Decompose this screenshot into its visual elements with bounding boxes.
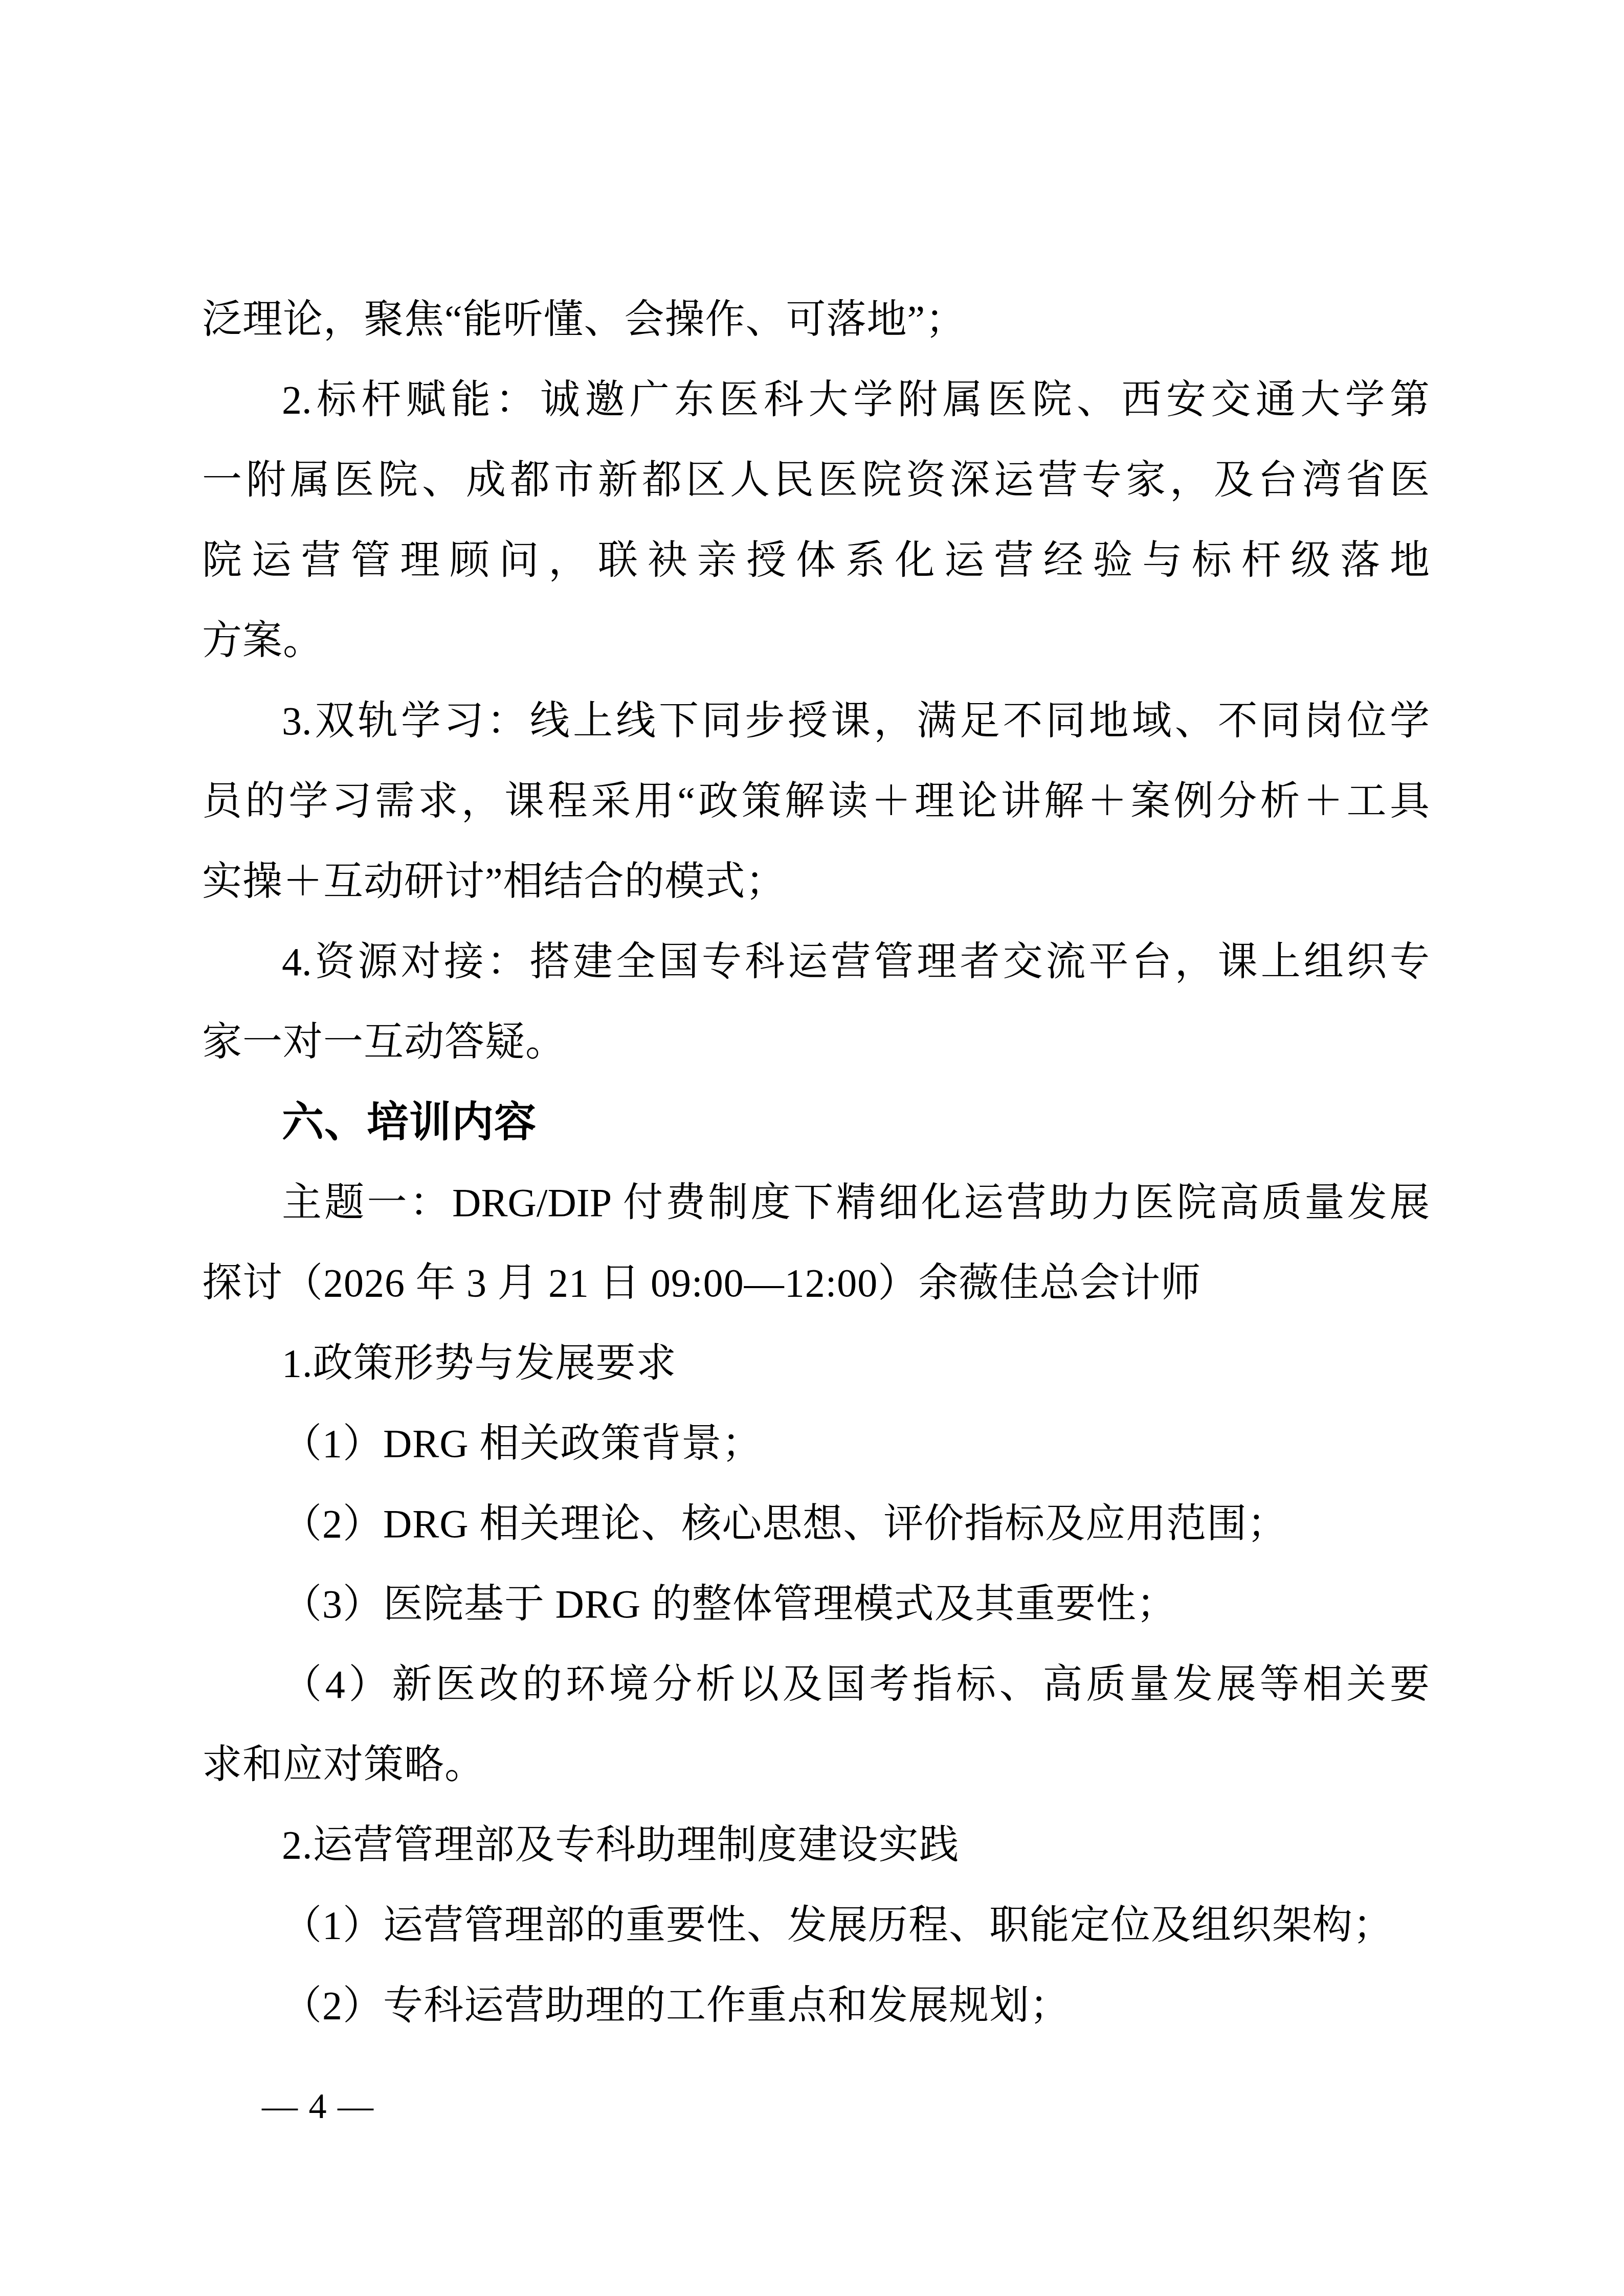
text-line: 泛理论，聚焦“能听懂、会操作、可落地”； xyxy=(202,279,1430,359)
text-line: 实操＋互动研讨”相结合的模式； xyxy=(202,841,1430,921)
text-line: 2.标杆赋能：诚邀广东医科大学附属医院、西安交通大学第 xyxy=(202,359,1430,440)
section-heading: 六、培训内容 xyxy=(202,1082,1430,1162)
text-line: 家一对一互动答疑。 xyxy=(202,1002,1430,1082)
text-line: （3）医院基于 DRG 的整体管理模式及其重要性； xyxy=(202,1564,1430,1644)
text-line: 2.运营管理部及专科助理制度建设实践 xyxy=(202,1805,1430,1885)
document-body: 泛理论，聚焦“能听懂、会操作、可落地”； 2.标杆赋能：诚邀广东医科大学附属医院… xyxy=(202,279,1430,2045)
text-line: 员的学习需求，课程采用“政策解读＋理论讲解＋案例分析＋工具 xyxy=(202,761,1430,841)
text-line: （4）新医改的环境分析以及国考指标、高质量发展等相关要 xyxy=(202,1644,1430,1724)
text-line: 方案。 xyxy=(202,600,1430,681)
text-line: 4.资源对接：搭建全国专科运营管理者交流平台，课上组织专 xyxy=(202,921,1430,1002)
text-line: 求和应对策略。 xyxy=(202,1724,1430,1805)
text-line: （1）DRG 相关政策背景； xyxy=(202,1403,1430,1483)
page-number: — 4 — xyxy=(262,2086,374,2127)
text-line: 3.双轨学习：线上线下同步授课，满足不同地域、不同岗位学 xyxy=(202,681,1430,761)
text-line: 一附属医院、成都市新都区人民医院资深运营专家，及台湾省医 xyxy=(202,440,1430,520)
text-line: 探讨（2026 年 3 月 21 日 09:00—12:00）余薇佳总会计师 xyxy=(202,1243,1430,1323)
text-line: （2）DRG 相关理论、核心思想、评价指标及应用范围； xyxy=(202,1483,1430,1564)
text-line: 1.政策形势与发展要求 xyxy=(202,1323,1430,1403)
text-line: （2）专科运营助理的工作重点和发展规划； xyxy=(202,1965,1430,2045)
document-page: 泛理论，聚焦“能听懂、会操作、可落地”； 2.标杆赋能：诚邀广东医科大学附属医院… xyxy=(0,0,1624,2296)
text-line: （1）运营管理部的重要性、发展历程、职能定位及组织架构； xyxy=(202,1885,1430,1965)
text-line: 院运营管理顾问，联袂亲授体系化运营经验与标杆级落地 xyxy=(202,520,1430,600)
text-line: 主题一：DRG/DIP 付费制度下精细化运营助力医院高质量发展 xyxy=(202,1162,1430,1243)
